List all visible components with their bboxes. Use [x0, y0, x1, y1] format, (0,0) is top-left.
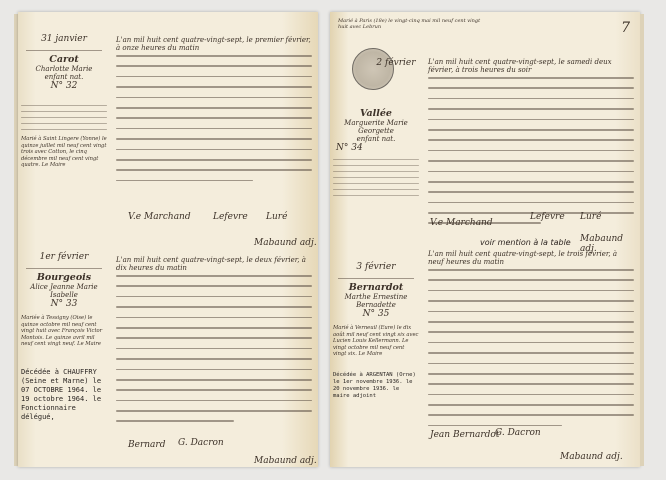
- act-number: N° 32: [18, 81, 110, 91]
- signature: G. Dacron: [495, 428, 541, 438]
- entry-given-names: Alice Jeanne Marie Isabelle: [18, 283, 110, 299]
- signature: Lefevre: [530, 212, 565, 222]
- act-body-32: L'an mil huit cent quatre-vingt-sept, le…: [116, 36, 312, 190]
- act-number: N° 34: [330, 143, 422, 153]
- margin-entry-35: 3 février Bernardot Marthe Ernestine Ber…: [330, 262, 422, 400]
- act-body-34: L'an mil huit cent quatre-vingt-sept, le…: [428, 58, 634, 233]
- death-note: Décédée à ARGENTAN (Orne) le 1er novembr…: [330, 372, 422, 400]
- signature: Bernard: [128, 440, 165, 450]
- entry-date: 31 janvier: [18, 34, 110, 44]
- entry-date: 1er février: [18, 252, 110, 262]
- signature: Jean Bernardot: [430, 430, 499, 440]
- right-page-edge: [640, 14, 644, 466]
- entry-surname: Bourgeois: [18, 272, 110, 283]
- left-page: 31 janvier Carot Charlotte Marie enfant …: [18, 12, 318, 467]
- signature: Luré: [580, 212, 601, 222]
- marriage-note: Mariée à Tessigny (Oise) le quinze octob…: [18, 315, 110, 348]
- act-body-33: L'an mil huit cent quatre-vingt-sept, le…: [116, 256, 312, 431]
- signature: Lefevre: [213, 212, 248, 222]
- signature: Luré: [266, 212, 287, 222]
- act-opening: L'an mil huit cent quatre-vingt-sept, le…: [116, 36, 312, 52]
- signature: Mabaund adj.: [254, 456, 317, 466]
- act-opening: L'an mil huit cent quatre-vingt-sept, le…: [428, 58, 634, 74]
- entry-status: enfant nat.: [18, 73, 110, 81]
- divider: [26, 268, 102, 269]
- act-number: N° 33: [18, 299, 110, 309]
- entry-given-names: Marguerite Marie Georgette: [330, 119, 422, 135]
- death-note: Décédée à CHAUFFRY (Seine et Marne) le 0…: [18, 368, 110, 422]
- margin-entry-32: 31 janvier Carot Charlotte Marie enfant …: [18, 34, 110, 169]
- entry-date: 3 février: [330, 262, 422, 272]
- signature: G. Dacron: [178, 438, 224, 448]
- margin-entry-33: 1er février Bourgeois Alice Jeanne Marie…: [18, 252, 110, 422]
- signature: V.e Marchand: [128, 212, 191, 222]
- act-body-35: L'an mil huit cent quatre-vingt-sept, le…: [428, 250, 634, 435]
- act-number: N° 35: [330, 309, 422, 319]
- entry-date: 2 février: [330, 58, 422, 68]
- entry-surname: Vallée: [330, 108, 422, 119]
- entry-given-names: Marthe Ernestine Bernadette: [330, 293, 422, 309]
- right-page: Marié à Paris (18e) le vingt-cinq mai mi…: [330, 12, 640, 467]
- signature: Mabaund adj.: [560, 452, 623, 462]
- signature: V.e Marchand: [430, 218, 493, 228]
- marriage-note: Marié à Verneuil (Eure) le dix août mil …: [330, 325, 422, 358]
- margin-note: [18, 105, 110, 130]
- entry-surname: Carot: [18, 54, 110, 65]
- divider: [26, 50, 102, 51]
- divider: [338, 278, 414, 279]
- margin-note: [330, 159, 422, 196]
- entry-status: enfant nat.: [330, 135, 422, 143]
- page-number: 7: [621, 20, 630, 36]
- table-mention-note: voir mention à la table: [480, 238, 571, 247]
- margin-entry-34: 2 février Vallée Marguerite Marie George…: [330, 58, 422, 201]
- header-margin-note: Marié à Paris (18e) le vingt-cinq mai mi…: [338, 18, 488, 30]
- marriage-note: Marié à Saint Lingere (Yonne) le quinze …: [18, 136, 110, 169]
- act-opening: L'an mil huit cent quatre-vingt-sept, le…: [428, 250, 634, 266]
- signature: Mabaund adj.: [254, 238, 317, 248]
- entry-surname: Bernardot: [330, 282, 422, 293]
- act-opening: L'an mil huit cent quatre-vingt-sept, le…: [116, 256, 312, 272]
- entry-given-names: Charlotte Marie: [18, 65, 110, 73]
